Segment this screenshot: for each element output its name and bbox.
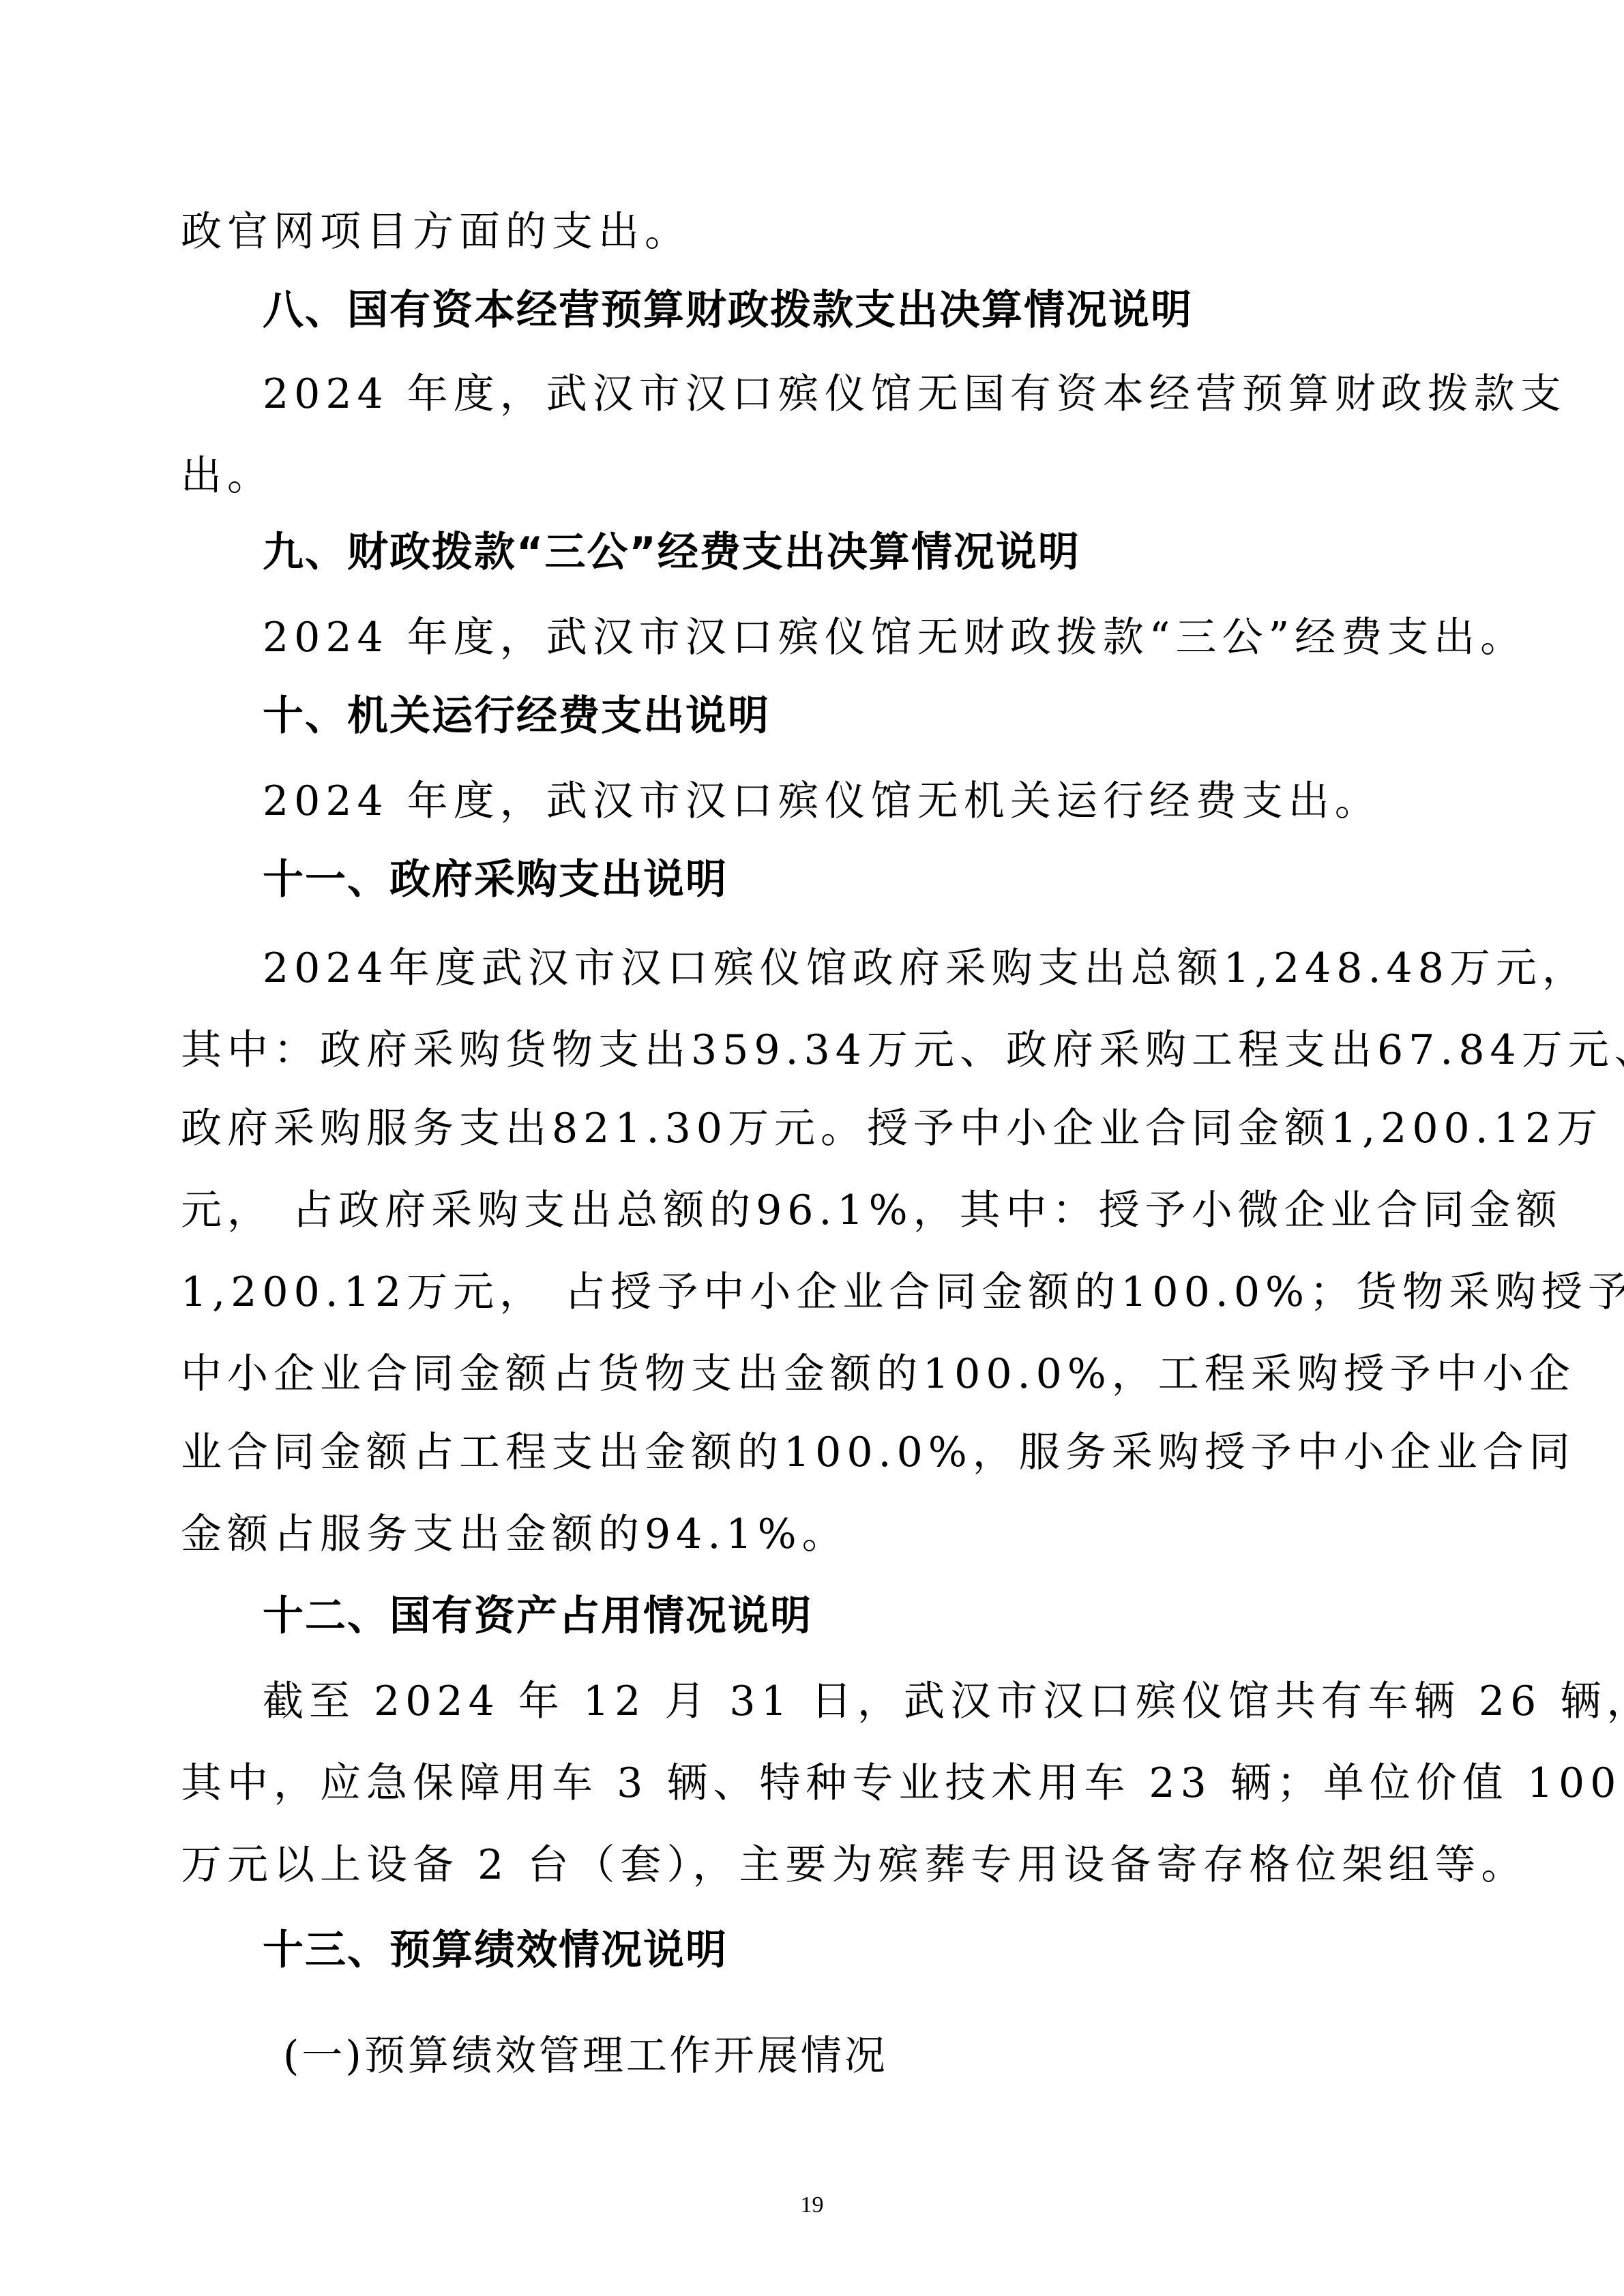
page-number: 19 bbox=[0, 2192, 1624, 2218]
body-text-line: 2024 年度，武汉市汉口殡仪馆无财政拨款“三公”经费支出。 bbox=[263, 617, 1526, 658]
section-heading: 九、财政拨款“三公”经费支出决算情况说明 bbox=[263, 532, 1080, 573]
section-heading: 十一、政府采购支出说明 bbox=[263, 859, 728, 900]
body-text-line: 其中：政府采购货物支出359.34万元、政府采购工程支出67.84万元、 bbox=[181, 1030, 1624, 1071]
body-text-line: 政府采购服务支出821.30万元。授予中小企业合同金额1,200.12万 bbox=[181, 1108, 1603, 1149]
subsection-heading: (一)预算绩效管理工作开展情况 bbox=[283, 2036, 888, 2076]
body-text-line: 截至 2024 年 12 月 31 日，武汉市汉口殡仪馆共有车辆 26 辆， bbox=[263, 1681, 1624, 1722]
section-heading: 八、国有资本经营预算财政拨款支出决算情况说明 bbox=[263, 290, 1193, 331]
body-text-line: 政官网项目方面的支出。 bbox=[181, 211, 691, 252]
section-heading: 十、机关运行经费支出说明 bbox=[263, 696, 770, 736]
body-text-line: 万元以上设备 2 台（套），主要为殡葬专用设备寄存格位架组等。 bbox=[181, 1845, 1527, 1885]
section-heading: 十三、预算绩效情况说明 bbox=[263, 1930, 728, 1971]
body-text-line: 1,200.12万元， 占授予中小企业合同金额的100.0%；货物采购授予 bbox=[181, 1272, 1624, 1313]
body-text-line: 2024 年度，武汉市汉口殡仪馆无机关运行经费支出。 bbox=[263, 781, 1381, 822]
body-text-line: 元， 占政府采购支出总额的96.1%，其中：授予小微企业合同金额 bbox=[181, 1190, 1563, 1231]
section-heading: 十二、国有资产占用情况说明 bbox=[263, 1596, 812, 1637]
body-text-line: 业合同金额占工程支出金额的100.0%，服务采购授予中小企业合同 bbox=[181, 1432, 1576, 1473]
body-text-line: 中小企业合同金额占货物支出金额的100.0%，工程采购授予中小企 bbox=[181, 1354, 1576, 1395]
body-text-line: 2024年度武汉市汉口殡仪馆政府采购支出总额1,248.48万元， bbox=[263, 948, 1589, 989]
body-text-line: 2024 年度，武汉市汉口殡仪馆无国有资本经营预算财政拨款支 bbox=[263, 374, 1567, 415]
body-text-line: 金额占服务支出金额的94.1%。 bbox=[181, 1514, 848, 1555]
body-text-line: 其中，应急保障用车 3 辆、特种专业技术用车 23 辆；单位价值 100 bbox=[181, 1763, 1621, 1804]
body-text-line: 出。 bbox=[181, 456, 274, 496]
